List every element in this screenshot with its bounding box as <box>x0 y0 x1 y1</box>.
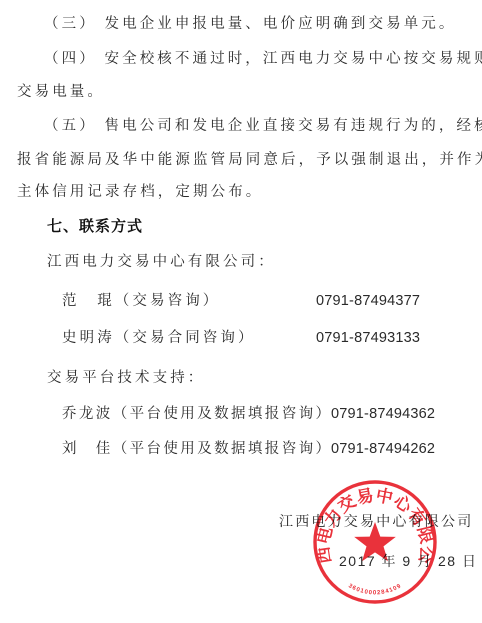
contact-phone-shi-mingtao: 0791-87493133 <box>316 329 420 347</box>
signature-org: 江西电力交易中心有限公司 <box>279 513 473 531</box>
section-heading-contact: 七、联系方式 <box>47 217 143 235</box>
paragraph-item-4-line-2: 交易电量。 <box>17 83 105 101</box>
stamp-outer-ring <box>315 482 435 602</box>
org-contact-label: 江西电力交易中心有限公司： <box>47 253 276 271</box>
official-seal-stamp: 江西电力交易中心有限公司 3601000284109 <box>311 478 439 606</box>
contact-phone-qiao-longbo: 0791-87494362 <box>331 405 435 423</box>
paragraph-item-5-line-3: 主体信用记录存档，定期公布。 <box>17 183 263 201</box>
paragraph-item-5-line-2: 报省能源局及华中能源监管局同意后，予以强制退出，并作为市场 <box>17 151 482 169</box>
contact-name-shi-mingtao: 史明涛（交易合同咨询） <box>62 329 256 347</box>
contact-name-qiao-longbo: 乔龙波（平台使用及数据填报咨询） <box>62 405 332 423</box>
paragraph-item-5-line-1: （五） 售电公司和发电企业直接交易有违规行为的，经核实并 <box>44 117 482 135</box>
tech-support-label: 交易平台技术支持： <box>47 369 205 387</box>
contact-phone-liu-jia: 0791-87494262 <box>331 440 435 458</box>
contact-name-fan-kun: 范 琨（交易咨询） <box>62 292 220 310</box>
contact-name-liu-jia: 刘 佳（平台使用及数据填报咨询） <box>62 440 332 458</box>
contact-phone-fan-kun: 0791-87494377 <box>316 292 420 310</box>
paragraph-item-3: （三） 发电企业申报电量、电价应明确到交易单元。 <box>44 15 457 33</box>
stamp-serial-number: 3601000284109 <box>347 583 403 596</box>
signature-date: 2017 年 9 月 28 日 <box>339 552 477 570</box>
svg-text:3601000284109: 3601000284109 <box>347 583 403 596</box>
paragraph-item-4-line-1: （四） 安全校核不通过时，江西电力交易中心按交易规则核减 <box>44 50 482 68</box>
